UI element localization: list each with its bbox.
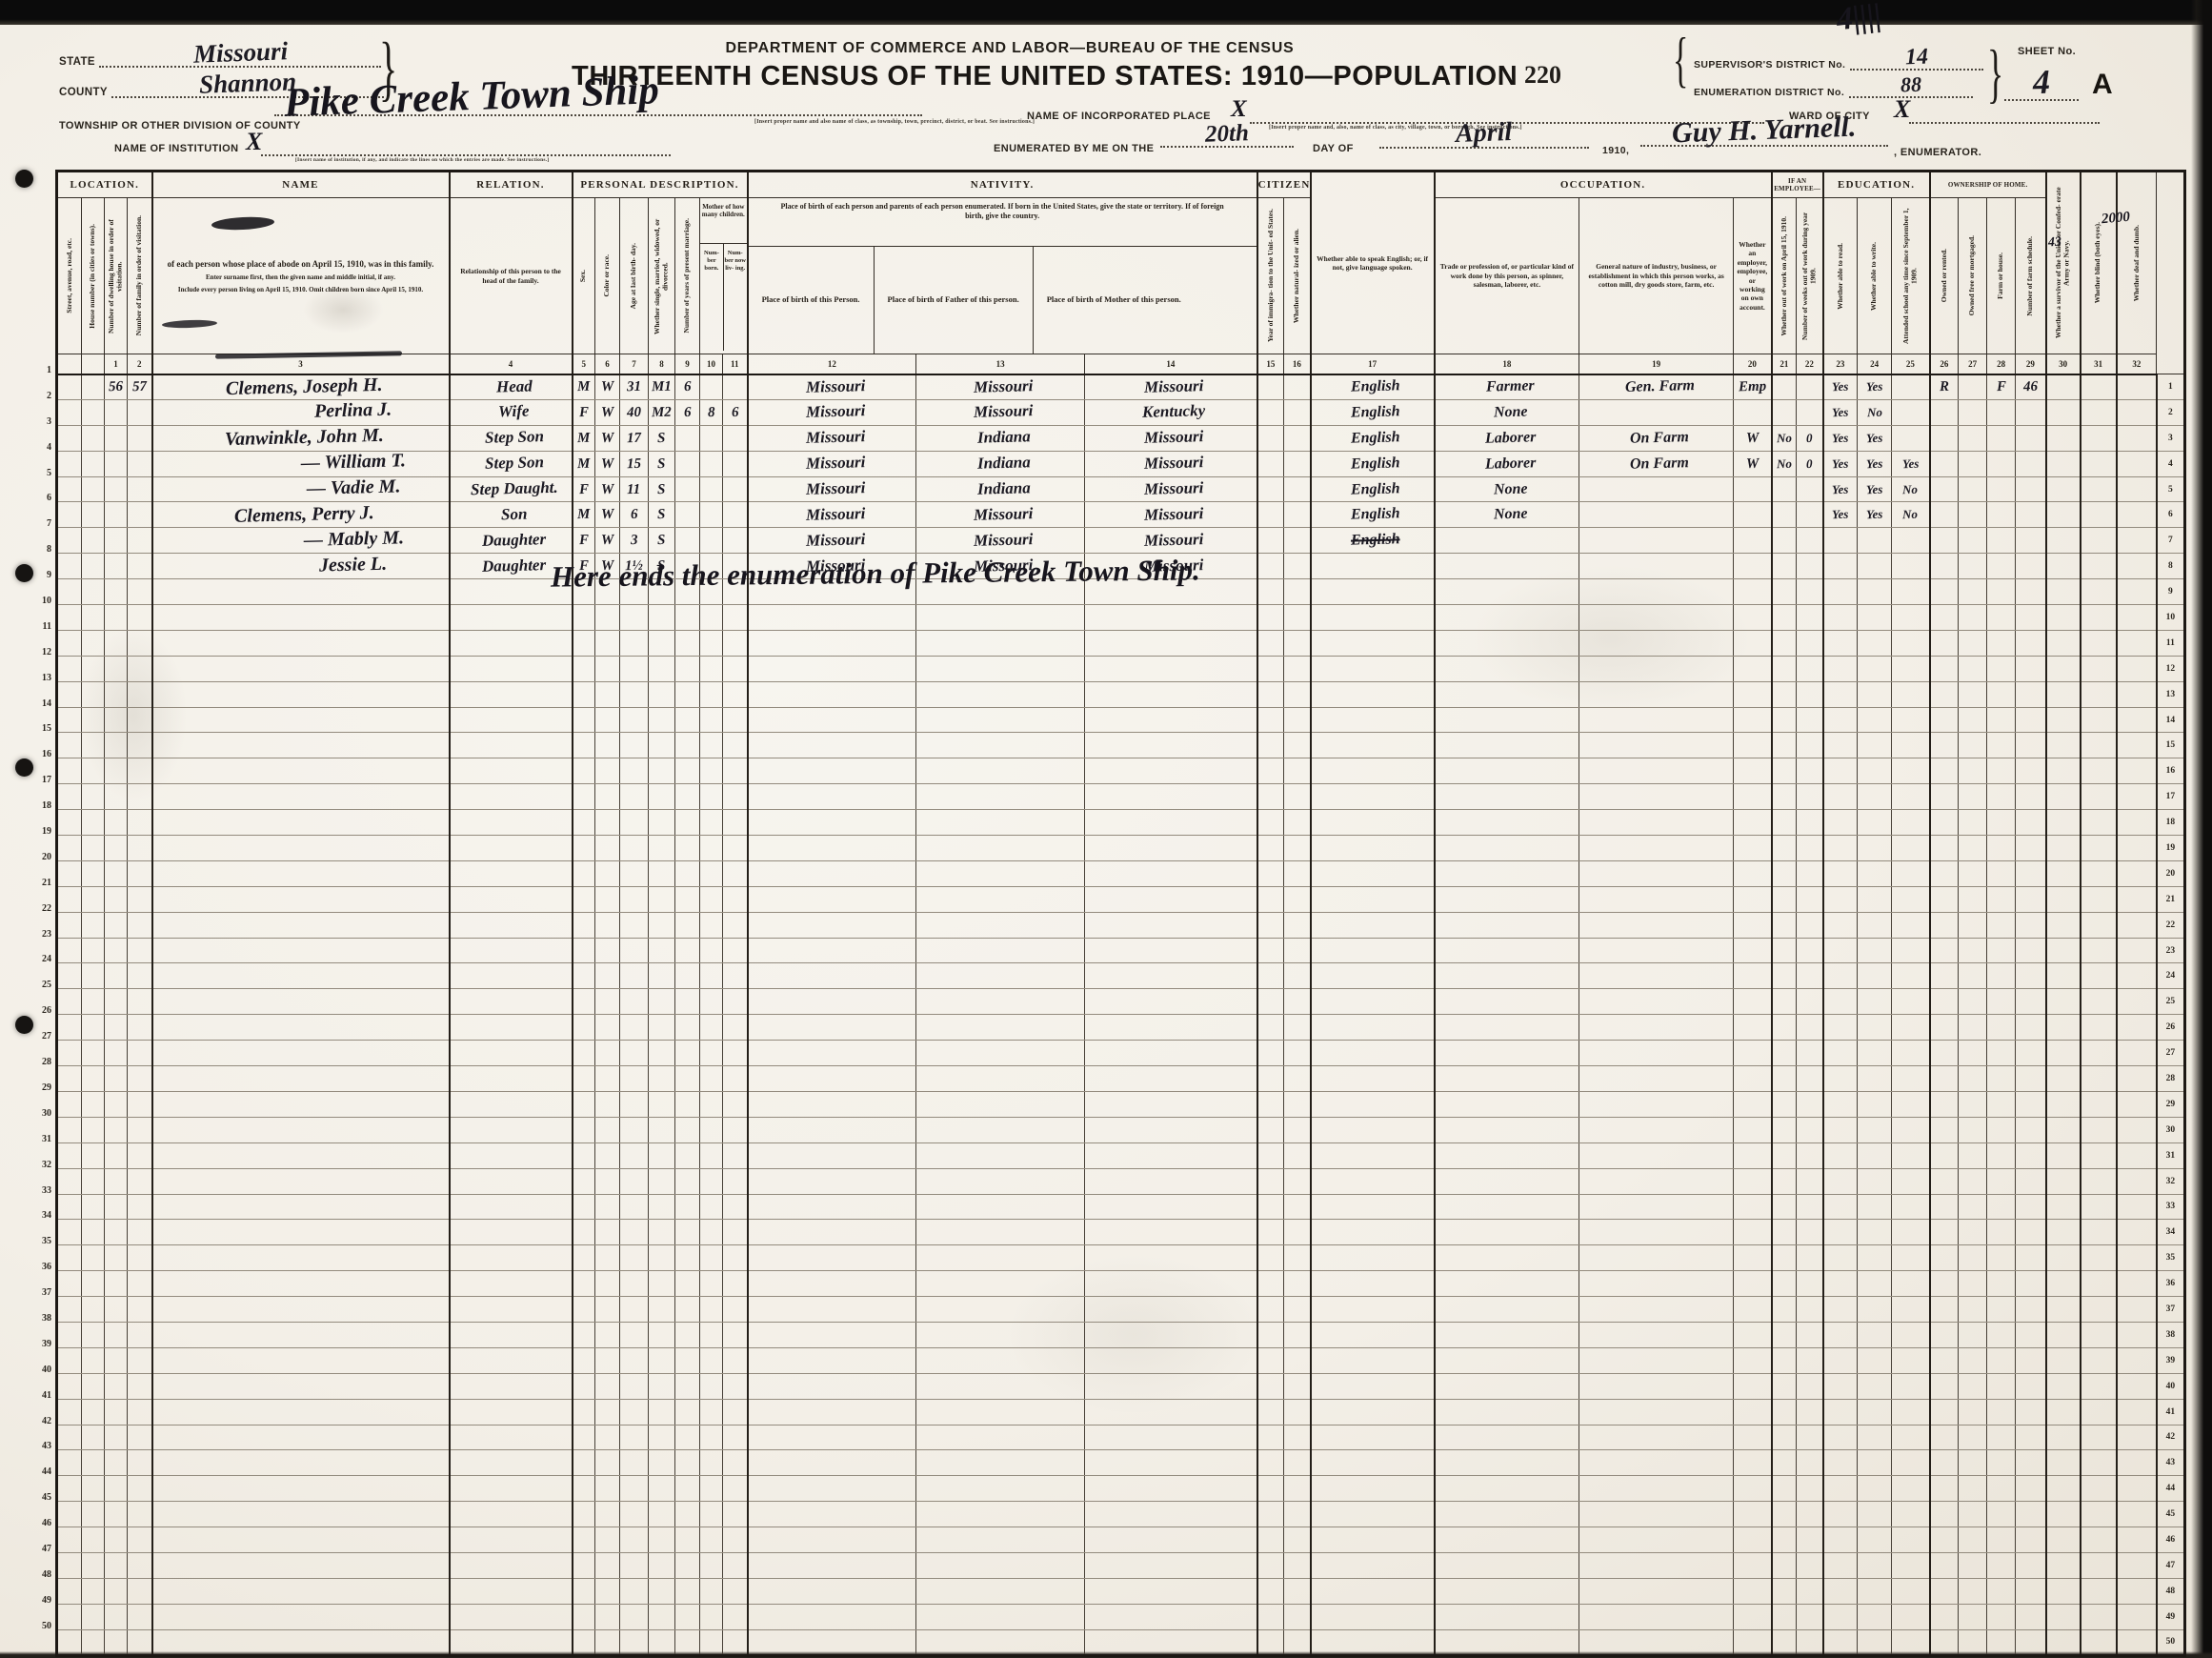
cell-family <box>128 451 152 476</box>
cell-read <box>1823 1399 1858 1425</box>
entry-color: W <box>601 534 614 548</box>
cell-farm_house <box>1987 1347 2016 1373</box>
cell-read <box>1823 1552 1858 1578</box>
entry-out_of_work: No <box>1777 456 1792 469</box>
cell-color <box>595 656 620 681</box>
cell-read <box>1823 1322 1858 1347</box>
cell-name <box>152 1425 450 1450</box>
cell-family <box>128 1399 152 1425</box>
cell-trade <box>1435 1245 1579 1271</box>
line-number-right: 24 <box>2157 963 2185 989</box>
column-number-farm_house: 28 <box>1987 354 2016 374</box>
cell-name: — Mably M. <box>152 528 450 554</box>
cell-trade <box>1435 707 1579 733</box>
cell-industry <box>1579 810 1734 836</box>
cell-employer <box>1734 989 1772 1015</box>
cell-owned_rented <box>1930 1220 1959 1245</box>
cell-write <box>1858 836 1892 861</box>
entry-read: Yes <box>1832 482 1849 495</box>
punch-hole <box>15 758 33 777</box>
cell-blind <box>2081 836 2117 861</box>
cell-family <box>128 1476 152 1502</box>
cell-pob_father: Missouri <box>916 399 1085 425</box>
cell-relation <box>450 1347 573 1373</box>
cell-farm_house <box>1987 836 2016 861</box>
cell-dwelling <box>105 1041 128 1066</box>
cell-children_living <box>723 1015 748 1041</box>
cell-farm_house <box>1987 1091 2016 1117</box>
county-label: COUNTY <box>59 87 108 98</box>
cell-age <box>620 1552 649 1578</box>
cell-pob_mother <box>1085 1220 1257 1245</box>
cell-industry <box>1579 1220 1734 1245</box>
cell-relation: Son <box>450 502 573 528</box>
column-number-years_married: 9 <box>675 354 700 374</box>
cell-street <box>57 1629 82 1655</box>
cell-marital <box>649 1066 675 1092</box>
cell-blind <box>2081 1629 2117 1655</box>
cell-blind <box>2081 912 2117 938</box>
entry-marital: S <box>657 457 666 472</box>
cell-name <box>152 1476 450 1502</box>
cell-free_mortgaged <box>1959 476 1987 502</box>
cell-read <box>1823 938 1858 963</box>
cell-industry <box>1579 1373 1734 1399</box>
cell-marital <box>649 1450 675 1476</box>
column-number-out_of_work: 21 <box>1772 354 1797 374</box>
cell-weeks_out <box>1797 1604 1823 1629</box>
cell-industry <box>1579 860 1734 886</box>
cell-sex <box>573 938 595 963</box>
entry-relation: Head <box>495 377 532 394</box>
cell-name <box>152 579 450 605</box>
cell-naturalized <box>1284 1220 1311 1245</box>
sheet-value: 4 <box>2026 64 2056 99</box>
cell-free_mortgaged <box>1959 1142 1987 1168</box>
cell-employer <box>1734 860 1772 886</box>
cell-farm_house <box>1987 1629 2016 1655</box>
cell-free_mortgaged <box>1959 733 1987 758</box>
cell-sex <box>573 1552 595 1578</box>
cell-years_married <box>675 836 700 861</box>
cell-name <box>152 1041 450 1066</box>
cell-children_born <box>700 476 723 502</box>
entry-english: English <box>1351 533 1400 549</box>
cell-naturalized <box>1284 1168 1311 1194</box>
cell-free_mortgaged <box>1959 554 1987 579</box>
cell-pob_mother <box>1085 1578 1257 1604</box>
cell-family <box>128 1066 152 1092</box>
column-header-immigration_year: Year of immigra- tion to the Unit- ed St… <box>1257 198 1284 354</box>
cell-pob <box>748 836 916 861</box>
cell-blind <box>2081 1142 2117 1168</box>
supervisor-underline: 14 <box>1850 46 1983 71</box>
cell-survivor <box>2046 1245 2081 1271</box>
cell-farm_house <box>1987 1450 2016 1476</box>
cell-out_of_work <box>1772 1168 1797 1194</box>
cell-write: Yes <box>1858 374 1892 400</box>
cell-street <box>57 425 82 451</box>
cell-relation: Head <box>450 374 573 400</box>
line-number-right: 6 <box>2157 502 2185 528</box>
cell-immigration_year <box>1257 399 1284 425</box>
line-number-left: 42 <box>34 1416 51 1442</box>
cell-name <box>152 733 450 758</box>
cell-owned_rented: R <box>1930 374 1959 400</box>
cell-house <box>82 1373 105 1399</box>
cell-color <box>595 1220 620 1245</box>
cell-blind <box>2081 656 2117 681</box>
cell-naturalized <box>1284 989 1311 1015</box>
table-row: 31 <box>57 1142 2185 1168</box>
cell-blind <box>2081 1168 2117 1194</box>
cell-family <box>128 1271 152 1297</box>
cell-trade <box>1435 733 1579 758</box>
cell-deaf <box>2117 1425 2157 1450</box>
cell-dwelling <box>105 399 128 425</box>
cell-marital <box>649 681 675 707</box>
cell-street <box>57 810 82 836</box>
cell-naturalized <box>1284 707 1311 733</box>
cell-pob_mother <box>1085 605 1257 631</box>
cell-dwelling <box>105 886 128 912</box>
cell-read <box>1823 810 1858 836</box>
cell-free_mortgaged <box>1959 1271 1987 1297</box>
cell-industry <box>1579 579 1734 605</box>
entry-marital: M1 <box>652 380 672 395</box>
cell-industry <box>1579 733 1734 758</box>
cell-years_married <box>675 733 700 758</box>
cell-read <box>1823 733 1858 758</box>
cell-out_of_work <box>1772 1322 1797 1347</box>
entry-farm_house: F <box>1996 380 2005 394</box>
table-row: 45 <box>57 1502 2185 1527</box>
entry-children_living: 6 <box>731 406 738 420</box>
cell-write <box>1858 1373 1892 1399</box>
cell-industry <box>1579 707 1734 733</box>
cell-relation <box>450 1041 573 1066</box>
cell-farm_house <box>1987 733 2016 758</box>
cell-children_born <box>700 989 723 1015</box>
cell-pob_father <box>916 1245 1085 1271</box>
cell-marital <box>649 1527 675 1553</box>
cell-immigration_year <box>1257 1527 1284 1553</box>
line-number-right: 17 <box>2157 784 2185 810</box>
line-number-left: 1 <box>34 365 51 391</box>
header-number-row: 1234567891011121314151617181920212223242… <box>57 354 2185 374</box>
column-number-survivor: 30 <box>2046 354 2081 374</box>
cell-years_married <box>675 1502 700 1527</box>
cell-pob_father <box>916 1297 1085 1323</box>
cell-color: W <box>595 374 620 400</box>
entry-sex: M <box>577 432 591 446</box>
cell-english <box>1311 681 1435 707</box>
cell-children_born <box>700 1271 723 1297</box>
cell-immigration_year <box>1257 681 1284 707</box>
line-number-right: 31 <box>2157 1142 2185 1168</box>
cell-pob_father <box>916 1091 1085 1117</box>
cell-pob_mother <box>1085 963 1257 989</box>
cell-years_married <box>675 707 700 733</box>
line-number-left: 9 <box>34 570 51 596</box>
cell-english <box>1311 1502 1435 1527</box>
header-group-row: LOCATION.NAMERELATION.PERSONAL DESCRIPTI… <box>57 172 2185 198</box>
cell-owned_rented <box>1930 1502 1959 1527</box>
enumeration-district-value: 88 <box>1894 73 1927 95</box>
table-row: 30 <box>57 1117 2185 1142</box>
cell-sex <box>573 1297 595 1323</box>
cell-color <box>595 1604 620 1629</box>
cell-name <box>152 1399 450 1425</box>
cell-school <box>1892 938 1930 963</box>
cell-children_born <box>700 1297 723 1323</box>
cell-children_born <box>700 1399 723 1425</box>
cell-trade <box>1435 1297 1579 1323</box>
cell-immigration_year <box>1257 1578 1284 1604</box>
cell-name <box>152 1450 450 1476</box>
cell-out_of_work <box>1772 1066 1797 1092</box>
cell-age <box>620 1091 649 1117</box>
cell-pob_father <box>916 1552 1085 1578</box>
line-number-right: 32 <box>2157 1168 2185 1194</box>
cell-farm_schedule <box>2016 1527 2046 1553</box>
cell-children_born <box>700 1194 723 1220</box>
cell-age: 6 <box>620 502 649 528</box>
table-row: — William T.Step SonMW15SMissouriIndiana… <box>57 451 2185 476</box>
cell-dwelling <box>105 1142 128 1168</box>
cell-weeks_out <box>1797 1373 1823 1399</box>
cell-owned_rented <box>1930 784 1959 810</box>
cell-house <box>82 1476 105 1502</box>
cell-english <box>1311 1347 1435 1373</box>
cell-english <box>1311 1117 1435 1142</box>
cell-sex <box>573 630 595 656</box>
entry-marital: S <box>657 508 666 522</box>
cell-farm_schedule <box>2016 1015 2046 1041</box>
cell-years_married <box>675 886 700 912</box>
line-number-left: 20 <box>34 852 51 878</box>
cell-farm_house <box>1987 860 2016 886</box>
cell-owned_rented <box>1930 963 1959 989</box>
cell-color <box>595 1502 620 1527</box>
cell-industry <box>1579 1271 1734 1297</box>
entry-pob_mother: Missouri <box>1144 479 1204 497</box>
cell-naturalized <box>1284 1015 1311 1041</box>
cell-street <box>57 1527 82 1553</box>
cell-school <box>1892 1425 1930 1450</box>
cell-relation <box>450 1629 573 1655</box>
cell-write <box>1858 938 1892 963</box>
entry-industry: On Farm <box>1630 430 1689 447</box>
cell-color <box>595 1168 620 1194</box>
column-number-pob_mother: 14 <box>1085 354 1257 374</box>
cell-industry <box>1579 836 1734 861</box>
cell-relation <box>450 733 573 758</box>
enumerated-day: 20th <box>1199 121 1256 147</box>
cell-deaf <box>2117 1476 2157 1502</box>
cell-industry <box>1579 784 1734 810</box>
cell-pob <box>748 1066 916 1092</box>
cell-relation <box>450 1117 573 1142</box>
cell-school <box>1892 707 1930 733</box>
cell-free_mortgaged <box>1959 1091 1987 1117</box>
cell-survivor <box>2046 758 2081 784</box>
cell-house <box>82 502 105 528</box>
cell-weeks_out <box>1797 1066 1823 1092</box>
cell-deaf <box>2117 912 2157 938</box>
cell-free_mortgaged <box>1959 1245 1987 1271</box>
cell-sex <box>573 886 595 912</box>
group-header: NAME <box>152 172 450 198</box>
entry-write: Yes <box>1866 508 1883 520</box>
cell-trade <box>1435 963 1579 989</box>
cell-pob_mother <box>1085 1527 1257 1553</box>
cell-industry <box>1579 1578 1734 1604</box>
cell-children_living <box>723 707 748 733</box>
cell-years_married <box>675 1168 700 1194</box>
cell-out_of_work <box>1772 1142 1797 1168</box>
cell-pob: Missouri <box>748 476 916 502</box>
cell-deaf <box>2117 1117 2157 1142</box>
column-number-sex: 5 <box>573 354 595 374</box>
line-number-left: 24 <box>34 954 51 980</box>
cell-write <box>1858 860 1892 886</box>
cell-pob <box>748 1476 916 1502</box>
column-number-children_living: 11 <box>723 354 748 374</box>
cell-color <box>595 1271 620 1297</box>
cell-school <box>1892 1245 1930 1271</box>
cell-pob_father <box>916 1476 1085 1502</box>
cell-survivor <box>2046 1578 2081 1604</box>
cell-blind <box>2081 1117 2117 1142</box>
cell-blind <box>2081 1502 2117 1527</box>
cell-sex <box>573 1220 595 1245</box>
cell-blind <box>2081 963 2117 989</box>
cell-years_married <box>675 1552 700 1578</box>
entry-pob_mother: Missouri <box>1144 505 1204 523</box>
left-line-numbers: 1234567891011121314151617181920212223242… <box>34 365 51 1647</box>
cell-free_mortgaged <box>1959 912 1987 938</box>
cell-owned_rented <box>1930 1271 1959 1297</box>
line-number-right: 16 <box>2157 758 2185 784</box>
cell-owned_rented <box>1930 1476 1959 1502</box>
cell-family <box>128 989 152 1015</box>
cell-read <box>1823 860 1858 886</box>
cell-naturalized <box>1284 758 1311 784</box>
cell-farm_schedule <box>2016 1399 2046 1425</box>
table-row: 47 <box>57 1552 2185 1578</box>
cell-farm_house <box>1987 1271 2016 1297</box>
cell-read <box>1823 1015 1858 1041</box>
cell-farm_schedule <box>2016 1604 2046 1629</box>
cell-trade <box>1435 1373 1579 1399</box>
entry-write: No <box>1867 406 1882 418</box>
cell-color <box>595 1041 620 1066</box>
cell-farm_schedule <box>2016 476 2046 502</box>
cell-naturalized <box>1284 399 1311 425</box>
cell-naturalized <box>1284 1245 1311 1271</box>
cell-employer <box>1734 784 1772 810</box>
cell-school <box>1892 425 1930 451</box>
cell-years_married <box>675 1066 700 1092</box>
cell-children_living <box>723 733 748 758</box>
column-header-street: Street, avenue, road, etc. <box>57 198 82 354</box>
cell-sex <box>573 1015 595 1041</box>
cell-relation <box>450 1091 573 1117</box>
cell-write <box>1858 733 1892 758</box>
cell-pob_mother: Missouri <box>1085 425 1257 451</box>
cell-relation <box>450 1527 573 1553</box>
cell-employer <box>1734 1297 1772 1323</box>
cell-farm_house <box>1987 758 2016 784</box>
cell-children_born <box>700 451 723 476</box>
cell-employer <box>1734 681 1772 707</box>
cell-english <box>1311 605 1435 631</box>
cell-weeks_out <box>1797 733 1823 758</box>
cell-blind <box>2081 1297 2117 1323</box>
cell-school <box>1892 528 1930 554</box>
line-number-left: 16 <box>34 749 51 775</box>
cell-marital <box>649 1552 675 1578</box>
entry-relation: Son <box>501 506 528 523</box>
cell-house <box>82 912 105 938</box>
cell-read <box>1823 1245 1858 1271</box>
cell-name <box>152 1117 450 1142</box>
institution-note: [Insert name of institution, if any, and… <box>295 157 705 164</box>
cell-relation <box>450 1015 573 1041</box>
cell-free_mortgaged <box>1959 1297 1987 1323</box>
cell-blind <box>2081 810 2117 836</box>
cell-name <box>152 707 450 733</box>
cell-street <box>57 681 82 707</box>
cell-children_born <box>700 656 723 681</box>
cell-color <box>595 1527 620 1553</box>
cell-farm_house <box>1987 1117 2016 1142</box>
cell-name: Clemens, Joseph H. <box>152 374 450 400</box>
cell-school: No <box>1892 476 1930 502</box>
cell-relation <box>450 938 573 963</box>
cell-out_of_work <box>1772 681 1797 707</box>
entry-english: English <box>1351 379 1400 395</box>
cell-dwelling <box>105 579 128 605</box>
cell-children_living <box>723 1194 748 1220</box>
cell-house <box>82 1502 105 1527</box>
line-number-right: 36 <box>2157 1271 2185 1297</box>
cell-english <box>1311 784 1435 810</box>
cell-free_mortgaged <box>1959 605 1987 631</box>
cell-naturalized <box>1284 630 1311 656</box>
cell-family <box>128 1245 152 1271</box>
cell-free_mortgaged <box>1959 938 1987 963</box>
cell-blind <box>2081 1322 2117 1347</box>
enumerator-label: , ENUMERATOR. <box>1894 147 1981 158</box>
table-row: 48 <box>57 1578 2185 1604</box>
cell-age <box>620 1322 649 1347</box>
institution-label: NAME OF INSTITUTION <box>114 143 238 154</box>
cell-house <box>82 579 105 605</box>
cell-write <box>1858 886 1892 912</box>
line-number-right: 34 <box>2157 1220 2185 1245</box>
cell-out_of_work <box>1772 963 1797 989</box>
cell-street <box>57 1066 82 1092</box>
entry-school: No <box>1902 508 1918 520</box>
line-number-left: 18 <box>34 800 51 826</box>
cell-deaf <box>2117 630 2157 656</box>
cell-color <box>595 1629 620 1655</box>
cell-pob_father: Indiana <box>916 476 1085 502</box>
cell-years_married <box>675 1476 700 1502</box>
cell-survivor <box>2046 528 2081 554</box>
